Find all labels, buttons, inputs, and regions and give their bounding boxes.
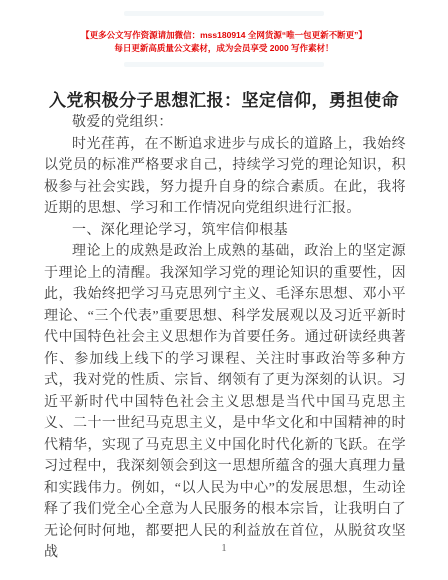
document-page: 【更多公文写作资源请加微信：mss180914 全网货源“唯一包更新不断更”】 … [0, 0, 448, 580]
paragraph: 理论上的成熟是政治上成熟的基础，政治上的坚定源于理论上的清醒。我深知学习党的理论… [44, 241, 406, 564]
salutation: 敬爱的党组织： [44, 112, 406, 134]
page-number: 1 [0, 542, 448, 554]
paragraph: 时光荏苒，在不断追求进步与成长的道路上，我始终以党员的标准严格要求自己，持续学习… [44, 134, 406, 220]
faint-watermark-mid [124, 62, 324, 67]
document-title: 入党积极分子思想汇报：坚定信仰，勇担使命 [0, 86, 448, 111]
promo-header-line1: 【更多公文写作资源请加微信：mss180914 全网货源“唯一包更新不断更”】 [0, 29, 448, 41]
promo-header-line2: 每日更新高质量公文素材，成为会员享受 2000 写作素材！ [0, 42, 448, 54]
faint-watermark-top [124, 11, 324, 16]
section-heading-1: 一、深化理论学习，筑牢信仰根基 [44, 220, 406, 242]
document-body: 敬爱的党组织： 时光荏苒，在不断追求进步与成长的道路上，我始终以党员的标准严格要… [44, 112, 406, 564]
